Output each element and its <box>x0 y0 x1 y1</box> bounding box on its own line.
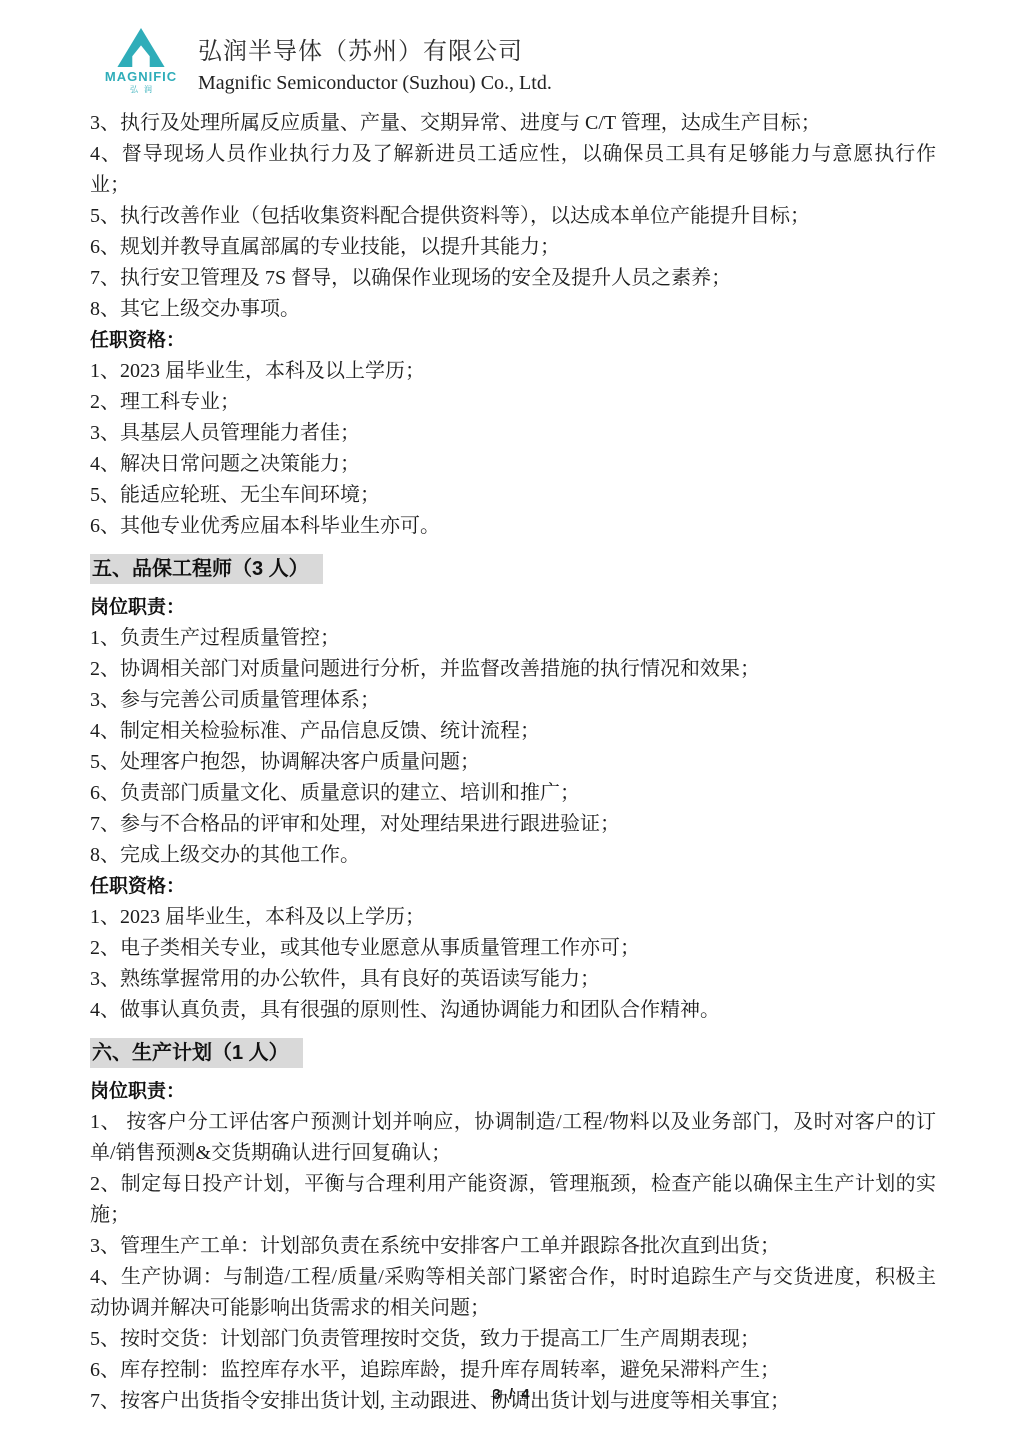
list-item: 4、解决日常问题之决策能力； <box>90 449 936 480</box>
list-item: 5、按时交货：计划部门负责管理按时交货，致力于提高工厂生产周期表现； <box>90 1324 936 1355</box>
list-item: 7、执行安卫管理及 7S 督导，以确保作业现场的安全及提升人员之素养； <box>90 263 936 294</box>
list-item: 2、电子类相关专业，或其他专业愿意从事质量管理工作亦可； <box>90 933 936 964</box>
list-item: 2、协调相关部门对质量问题进行分析，并监督改善措施的执行情况和效果； <box>90 654 936 685</box>
company-names: 弘润半导体（苏州）有限公司 Magnific Semiconductor (Su… <box>198 28 552 98</box>
document-body: 3、执行及处理所属反应质量、产量、交期异常、进度与 C/T 管理，达成生产目标；… <box>0 90 1024 1417</box>
logo-brand-cn-text: 弘润 <box>100 85 182 95</box>
company-name-chinese: 弘润半导体（苏州）有限公司 <box>198 36 552 68</box>
company-name-english: Magnific Semiconductor (Suzhou) Co., Ltd… <box>198 68 552 98</box>
list-item: 5、执行改善作业（包括收集资料配合提供资料等），以达成本单位产能提升目标； <box>90 201 936 232</box>
list-item: 6、库存控制：监控库存水平，追踪库龄，提升库存周转率，避免呆滞料产生； <box>90 1355 936 1386</box>
section5-title: 五、品保工程师（3 人） <box>90 554 323 584</box>
logo-brand-text: MAGNIFIC <box>100 70 182 84</box>
section5-title-row: 五、品保工程师（3 人） <box>90 554 936 584</box>
list-item: 6、规划并教导直属部属的专业技能，以提升其能力； <box>90 232 936 263</box>
duties-heading: 岗位职责： <box>90 592 936 623</box>
page-number: 3 / 4 <box>492 1386 531 1403</box>
document-page: MAGNIFIC 弘润 弘润半导体（苏州）有限公司 Magnific Semic… <box>0 0 1024 1448</box>
list-item: 4、生产协调：与制造/工程/质量/采购等相关部门紧密合作，时时追踪生产与交货进度… <box>90 1262 936 1324</box>
list-item: 1、2023 届毕业生，本科及以上学历； <box>90 902 936 933</box>
duties-heading: 岗位职责： <box>90 1076 936 1107</box>
list-item: 1、 按客户分工评估客户预测计划并响应，协调制造/工程/物料以及业务部门，及时对… <box>90 1107 936 1169</box>
magnific-arrow-icon <box>115 28 167 68</box>
list-item: 5、能适应轮班、无尘车间环境； <box>90 480 936 511</box>
list-item: 4、做事认真负责，具有很强的原则性、沟通协调能力和团队合作精神。 <box>90 995 936 1026</box>
company-logo: MAGNIFIC 弘润 <box>100 28 182 95</box>
list-item: 2、制定每日投产计划，平衡与合理利用产能资源，管理瓶颈，检查产能以确保主生产计划… <box>90 1169 936 1231</box>
list-item: 1、2023 届毕业生，本科及以上学历； <box>90 356 936 387</box>
list-item: 8、其它上级交办事项。 <box>90 294 936 325</box>
list-item: 7、参与不合格品的评审和处理，对处理结果进行跟进验证； <box>90 809 936 840</box>
list-item: 4、督导现场人员作业执行力及了解新进员工适应性，以确保员工具有足够能力与意愿执行… <box>90 139 936 201</box>
list-item: 3、管理生产工单：计划部负责在系统中安排客户工单并跟踪各批次直到出货； <box>90 1231 936 1262</box>
qualifications-heading: 任职资格： <box>90 325 936 356</box>
list-item: 2、理工科专业； <box>90 387 936 418</box>
list-item: 1、负责生产过程质量管控； <box>90 623 936 654</box>
qualifications-heading: 任职资格： <box>90 871 936 902</box>
list-item: 3、具基层人员管理能力者佳； <box>90 418 936 449</box>
list-item: 4、制定相关检验标准、产品信息反馈、统计流程； <box>90 716 936 747</box>
list-item: 3、参与完善公司质量管理体系； <box>90 685 936 716</box>
list-item: 5、处理客户抱怨，协调解决客户质量问题； <box>90 747 936 778</box>
page-footer: 3 / 4 <box>0 1386 1024 1404</box>
list-item: 6、负责部门质量文化、质量意识的建立、培训和推广； <box>90 778 936 809</box>
list-item: 8、完成上级交办的其他工作。 <box>90 840 936 871</box>
page-header: MAGNIFIC 弘润 弘润半导体（苏州）有限公司 Magnific Semic… <box>0 0 1024 90</box>
list-item: 6、其他专业优秀应届本科毕业生亦可。 <box>90 511 936 542</box>
list-item: 3、执行及处理所属反应质量、产量、交期异常、进度与 C/T 管理，达成生产目标； <box>90 108 936 139</box>
section6-title: 六、生产计划（1 人） <box>90 1038 303 1068</box>
section6-title-row: 六、生产计划（1 人） <box>90 1038 936 1068</box>
list-item: 3、熟练掌握常用的办公软件，具有良好的英语读写能力； <box>90 964 936 995</box>
